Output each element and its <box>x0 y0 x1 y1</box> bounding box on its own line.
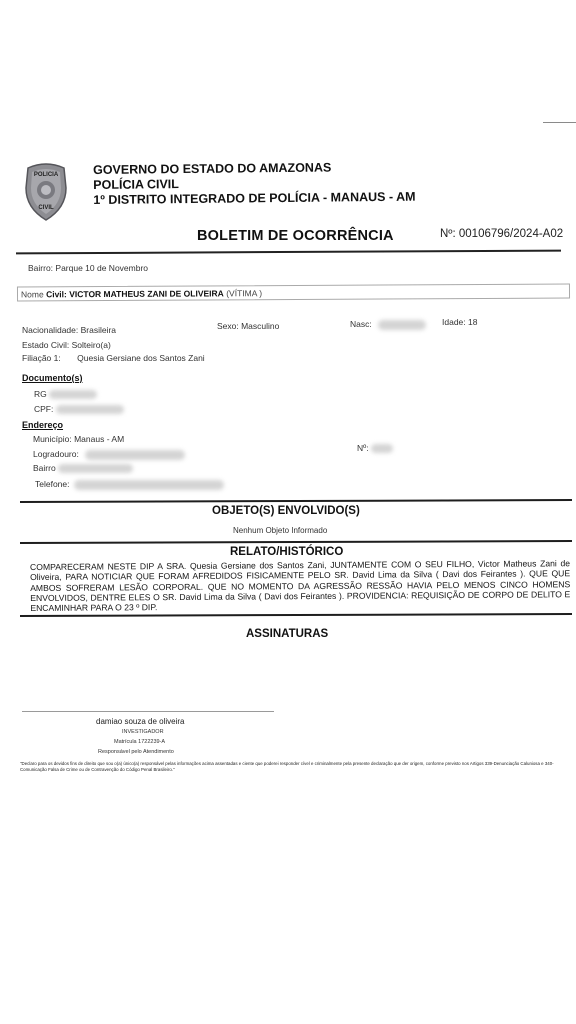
title-divider <box>16 250 561 255</box>
nacionalidade: Nacionalidade: Brasileira <box>22 325 116 335</box>
relato-text: COMPARECERAM NESTE DIP A SRA. Quesia Ger… <box>30 558 570 613</box>
rg-label: RG <box>34 389 47 399</box>
declaration-footnote: "Declaro para os devidos fins de direito… <box>20 761 575 773</box>
relato-title: RELATO/HISTÓRICO <box>230 546 343 558</box>
telefone-field: Telefone: <box>35 479 224 490</box>
rg-field: RG <box>34 389 97 399</box>
document-number: Nº: 00106796/2024-A02 <box>440 228 563 240</box>
relato-bottom-rule <box>20 613 572 617</box>
svg-text:CIVIL: CIVIL <box>38 205 54 211</box>
nasc-field: Nasc: <box>350 319 426 330</box>
sexo: Sexo: Masculino <box>217 321 279 331</box>
name-line: Nome Civil: VICTOR MATHEUS ZANI DE OLIVE… <box>21 288 262 299</box>
signer-responsavel: Responsável pelo Atendimento <box>98 749 174 755</box>
redacted-rg <box>49 390 97 399</box>
cpf-label: CPF: <box>34 404 53 414</box>
institution-header: GOVERNO DO ESTADO DO AMAZONAS POLÍCIA CI… <box>93 160 416 208</box>
bairro-field: Bairro <box>33 463 133 473</box>
assinaturas-title: ASSINATURAS <box>246 628 328 640</box>
objetos-value: Nenhum Objeto Informado <box>233 526 327 535</box>
name-box: Nome Civil: VICTOR MATHEUS ZANI DE OLIVE… <box>17 284 570 302</box>
police-badge-icon: POLICIA CIVIL <box>22 162 70 222</box>
name-prefix: Nome <box>21 289 44 299</box>
edge-line <box>543 122 576 123</box>
municipio: Município: Manaus - AM <box>33 434 124 444</box>
filiacao-label: Filiação 1: <box>22 353 61 363</box>
numero-field: Nº: <box>357 443 393 453</box>
logradouro-field: Logradouro: <box>33 449 185 460</box>
estado-civil: Estado Civil: Solteiro(a) <box>22 340 111 350</box>
telefone-label: Telefone: <box>35 479 70 489</box>
nasc-label: Nasc: <box>350 319 372 329</box>
occurrence-bairro: Bairro: Parque 10 de Novembro <box>28 263 148 273</box>
signer-name: damiao souza de oliveira <box>96 717 185 726</box>
endereco-heading: Endereço <box>22 420 63 430</box>
redacted-birthdate <box>378 320 426 330</box>
svg-text:POLICIA: POLICIA <box>34 172 59 178</box>
cpf-field: CPF: <box>34 404 124 414</box>
redacted-telefone <box>74 480 224 490</box>
numero-label: Nº: <box>357 443 369 453</box>
idade: Idade: 18 <box>442 317 477 327</box>
document-title: BOLETIM DE OCORRÊNCIA <box>197 228 394 244</box>
signature-line <box>22 711 274 712</box>
objetos-title: OBJETO(S) ENVOLVIDO(S) <box>212 505 360 517</box>
logradouro-label: Logradouro: <box>33 449 79 459</box>
filiacao-value: Quesia Gersiane dos Santos Zani <box>77 353 205 363</box>
signer-role: INVESTIGADOR <box>122 729 164 735</box>
header-district: 1º DISTRITO INTEGRADO DE POLÍCIA - MANAU… <box>93 190 415 208</box>
signer-matricula: Matrícula 1722239-A <box>114 739 165 745</box>
objetos-top-rule <box>20 499 572 503</box>
documentos-heading: Documento(s) <box>22 373 83 383</box>
redacted-bairro <box>58 464 133 473</box>
redacted-logradouro <box>85 450 185 460</box>
civil-label: Civil: <box>46 289 67 299</box>
bairro-label: Bairro <box>33 463 56 473</box>
relato-top-rule <box>20 540 572 544</box>
person-name: VICTOR MATHEUS ZANI DE OLIVEIRA <box>69 288 224 299</box>
filiacao: Filiação 1: Quesia Gersiane dos Santos Z… <box>22 353 205 363</box>
redacted-numero <box>371 444 393 453</box>
person-role: (VÍTIMA ) <box>226 288 262 298</box>
redacted-cpf <box>56 405 124 414</box>
